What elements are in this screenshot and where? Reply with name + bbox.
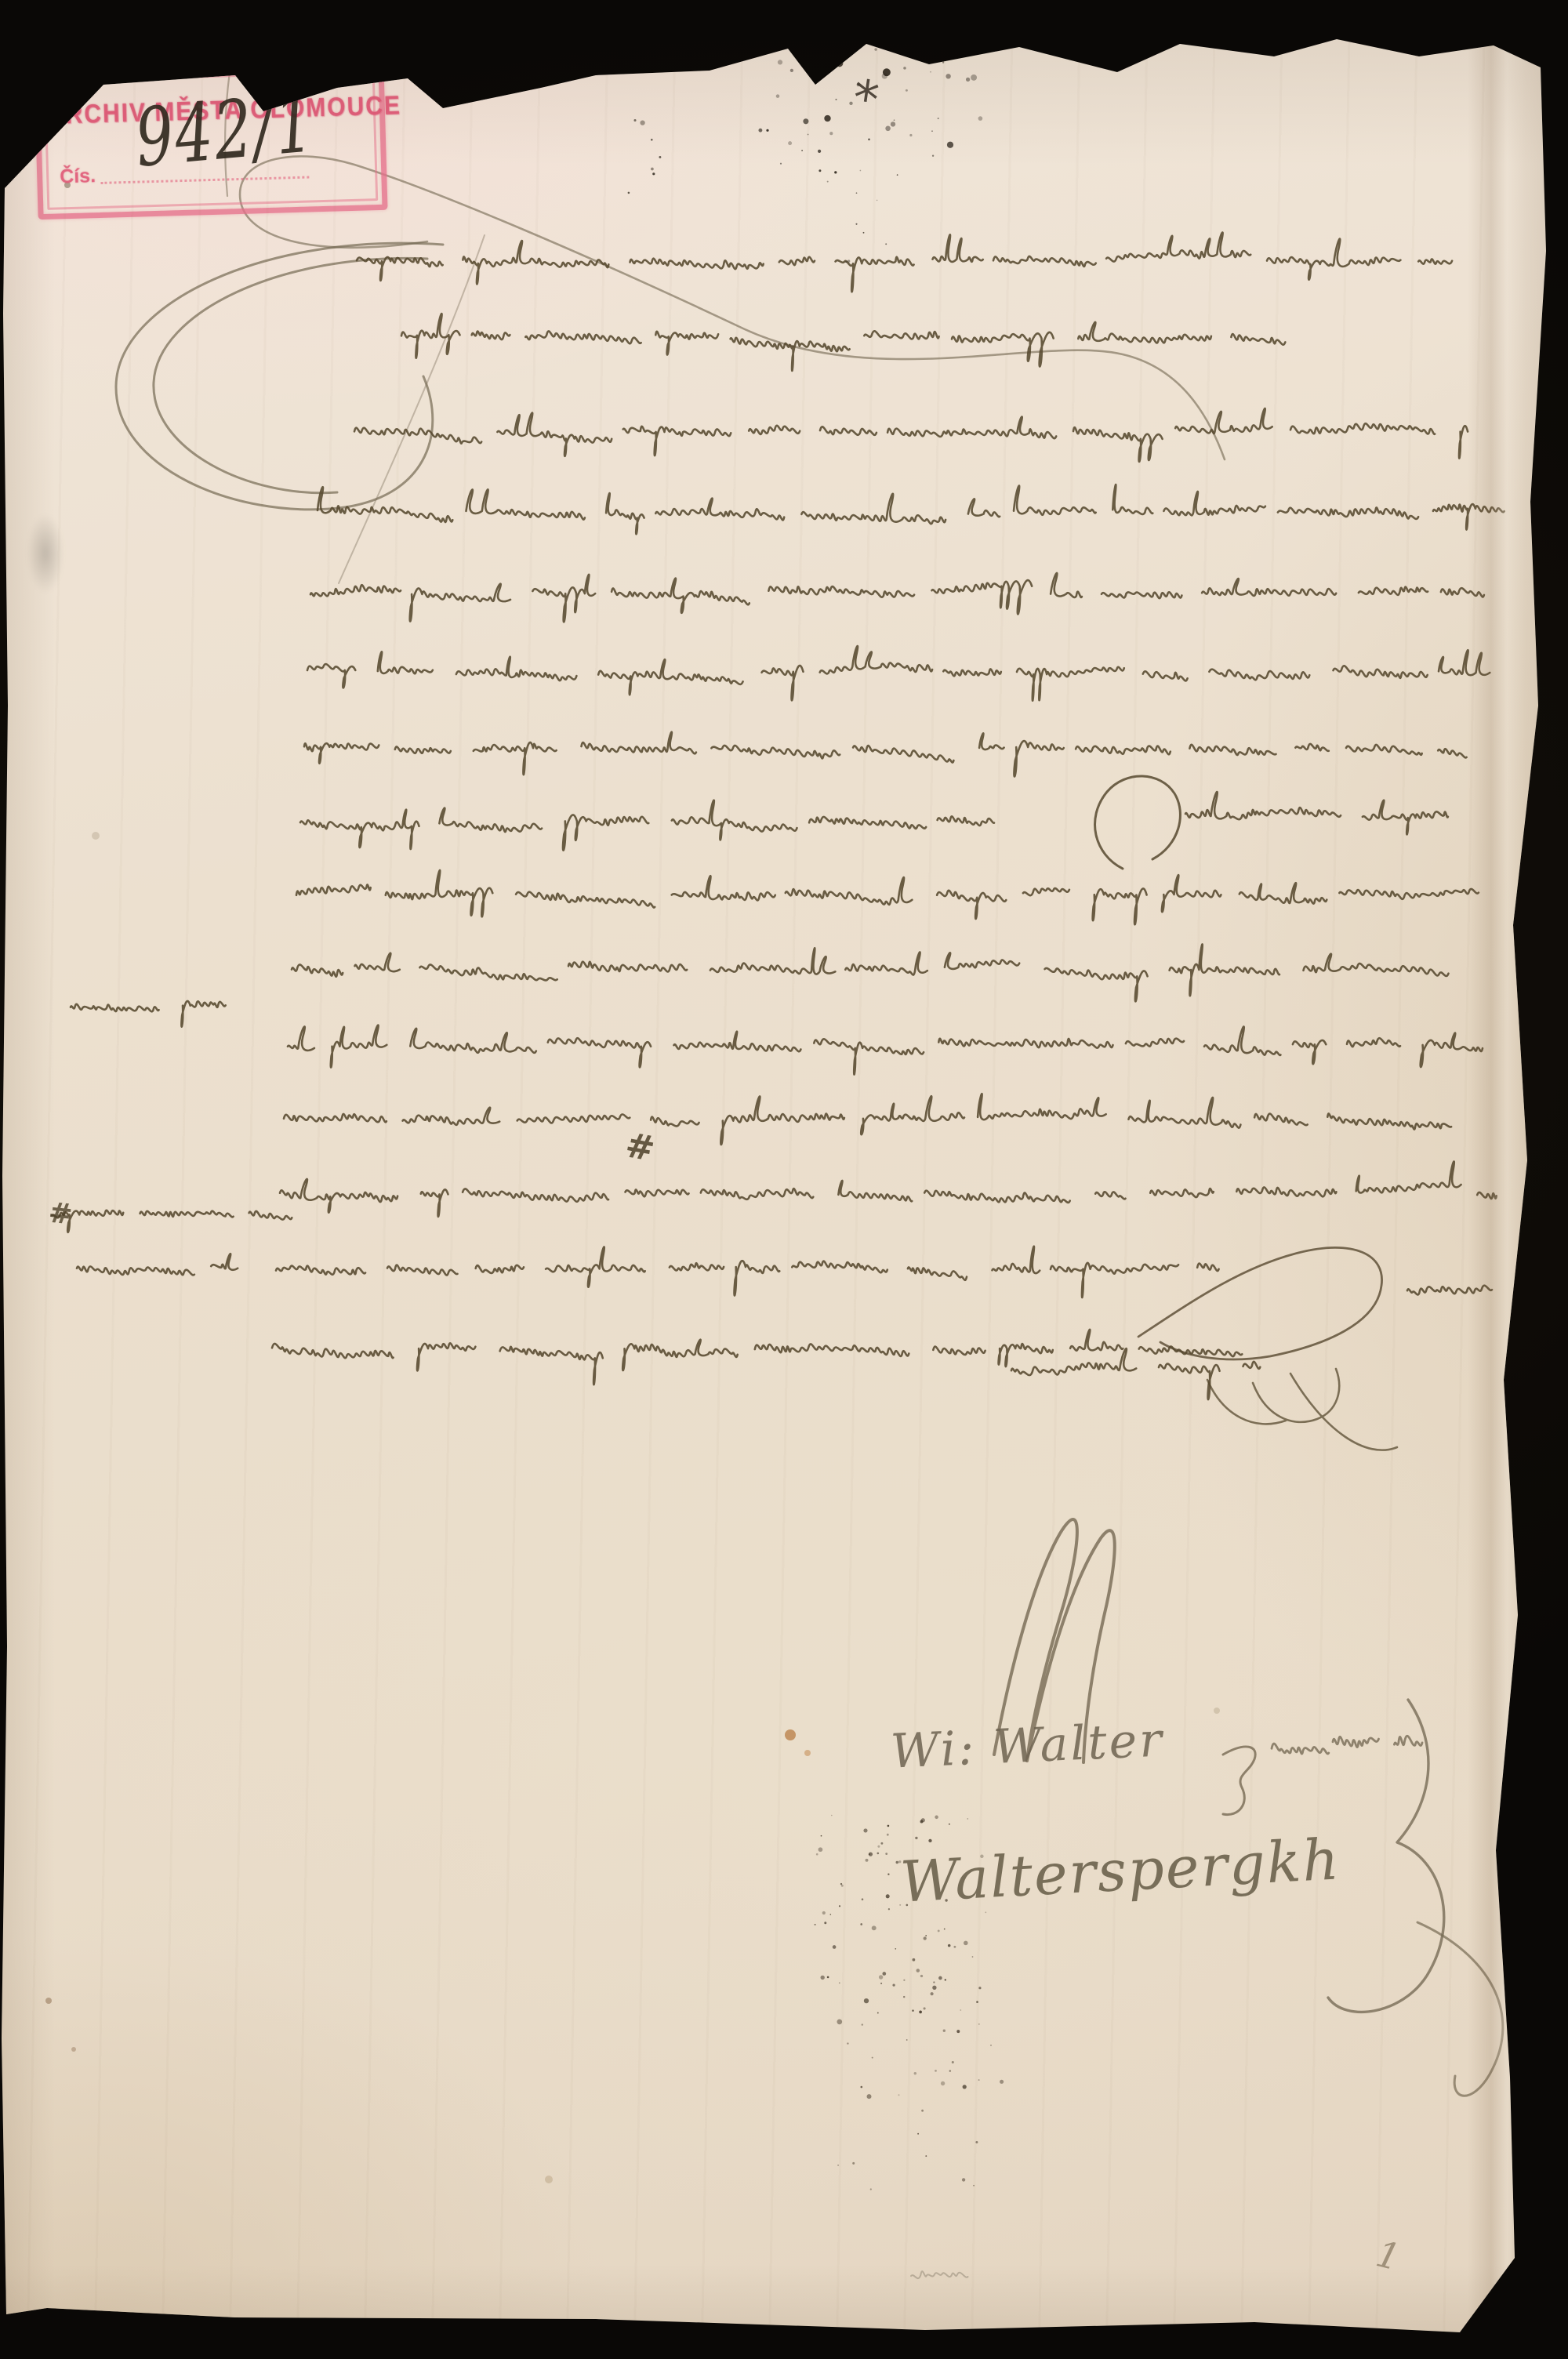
handwriting-line xyxy=(292,944,1448,1001)
line14-s-flourish xyxy=(1138,1247,1382,1359)
ink-blot xyxy=(978,1987,981,1989)
ink-blot xyxy=(834,171,837,173)
ink-blot xyxy=(778,60,782,64)
handwriting-line xyxy=(280,1161,1497,1216)
signature-zeta-mark xyxy=(1223,1747,1255,1815)
ink-blot xyxy=(829,1914,831,1915)
ink-blot xyxy=(924,2007,926,2009)
ink-blot xyxy=(952,2061,954,2063)
ink-blot xyxy=(913,1958,916,1962)
ink-blot xyxy=(947,142,953,148)
ink-blot xyxy=(841,39,846,44)
ink-blot xyxy=(801,150,803,151)
ink-blot xyxy=(892,1983,895,1986)
ink-blot xyxy=(887,1897,888,1899)
ink-blot xyxy=(971,74,977,81)
ink-blot xyxy=(903,1996,905,1998)
ink-blot xyxy=(963,2085,967,2089)
ink-blot xyxy=(866,1859,869,1862)
handwriting-line xyxy=(304,732,1467,777)
ink-blot xyxy=(920,1820,924,1824)
ink-blot xyxy=(860,170,862,172)
ink-blot xyxy=(896,1861,899,1864)
ink-blot xyxy=(833,1945,837,1949)
ink-blot xyxy=(978,116,983,121)
handwriting-line xyxy=(354,408,1468,462)
ink-blot xyxy=(885,1853,887,1855)
ink-blot xyxy=(933,1981,935,1983)
ink-blot xyxy=(938,118,939,119)
ink-blot xyxy=(941,2081,945,2085)
paper-stain xyxy=(1214,1708,1220,1714)
ink-blot xyxy=(818,1847,823,1852)
ink-blot xyxy=(824,1922,826,1924)
ink-blot xyxy=(948,1944,951,1947)
ink-blot xyxy=(944,1929,946,1930)
ink-blot xyxy=(927,34,931,38)
ink-blot xyxy=(877,1845,880,1848)
entry-swash-paragraph3 xyxy=(972,814,1113,851)
ink-blot xyxy=(953,1946,956,1948)
ink-blot xyxy=(895,1948,896,1950)
ink-blot xyxy=(891,122,895,126)
paper-stain xyxy=(71,2047,76,2052)
ink-blot xyxy=(931,130,933,132)
ink-blot xyxy=(815,1924,816,1925)
ink-blot xyxy=(962,2178,965,2181)
ink-blot xyxy=(836,60,843,67)
ink-blot xyxy=(841,1885,844,1887)
ink-blot xyxy=(912,2009,914,2012)
ink-blot xyxy=(903,67,906,70)
ink-blot xyxy=(659,156,661,158)
ink-blot xyxy=(877,1853,879,1855)
ink-blot xyxy=(835,99,837,100)
ink-blot xyxy=(914,2072,916,2074)
ink-blot xyxy=(816,1853,818,1856)
ink-blot xyxy=(915,1837,917,1839)
ink-blot xyxy=(883,68,891,76)
ink-blot xyxy=(758,129,762,132)
ink-blot xyxy=(803,118,808,124)
ink-blot xyxy=(928,1839,931,1842)
ink-blot xyxy=(848,259,850,262)
ink-blot xyxy=(790,69,793,72)
ink-blot xyxy=(930,71,931,73)
ink-blot xyxy=(946,74,950,78)
ink-blot xyxy=(906,89,908,92)
ink-blot xyxy=(839,1982,840,1983)
stamp-crossing-flourish xyxy=(240,156,1225,459)
ink-blot xyxy=(868,138,870,140)
ink-blot xyxy=(975,2141,978,2143)
ink-blot xyxy=(879,1975,883,1979)
initial-oval-flourish xyxy=(116,243,443,510)
photograph-background: { "stamp": { "title": "ARCHIV MĚSTA OLOM… xyxy=(0,0,1568,2359)
signature-right-flourish xyxy=(1328,1700,1444,2012)
ink-blot xyxy=(932,1986,936,1990)
ink-blot xyxy=(888,1908,890,1910)
document-paper: ARCHIV MĚSTA OLOMOUCE Čís. 942/1 * # # W… xyxy=(0,0,1568,2359)
ink-blot xyxy=(885,126,891,132)
ink-blot xyxy=(938,1929,940,1932)
ink-blot xyxy=(863,1828,867,1832)
ink-blot xyxy=(776,94,780,98)
ink-blot xyxy=(860,1923,862,1925)
handwriting-line xyxy=(300,800,994,851)
handwriting-line xyxy=(288,1025,1483,1075)
ink-blot xyxy=(880,1983,882,1984)
ink-blot xyxy=(917,2133,919,2135)
handwriting-line xyxy=(1011,1348,1260,1399)
handwriting-line xyxy=(401,314,1285,371)
ink-blot xyxy=(633,119,636,122)
ink-blot xyxy=(1000,2080,1004,2084)
ink-blot xyxy=(898,2094,899,2096)
ink-blot xyxy=(628,192,630,194)
ink-blot xyxy=(837,2020,842,2025)
ink-blot xyxy=(877,200,878,201)
ink-blot xyxy=(780,163,782,165)
ink-blot xyxy=(829,132,833,135)
ink-blot xyxy=(935,2070,937,2072)
handwriting-line xyxy=(911,2271,968,2278)
ink-blot xyxy=(766,129,768,132)
ink-blot xyxy=(973,2185,975,2187)
entry-swash-line3 xyxy=(249,411,350,448)
ink-blot xyxy=(867,2094,872,2099)
ink-blot xyxy=(919,2011,922,2014)
handwriting-line xyxy=(276,1247,1219,1297)
ink-blot xyxy=(847,2042,848,2044)
manuscript-ink-layer xyxy=(0,0,1568,2359)
ink-blot xyxy=(862,1898,864,1900)
ink-blot xyxy=(869,1853,870,1855)
ink-blot xyxy=(874,48,877,50)
ink-blot xyxy=(990,2045,992,2046)
paragraph3-o-flourish xyxy=(1095,776,1181,869)
paper-stain xyxy=(804,1750,811,1756)
handwriting-line xyxy=(71,1001,226,1027)
ink-blot xyxy=(855,223,857,225)
ink-blot xyxy=(887,1874,889,1875)
handwriting-line xyxy=(307,646,1490,701)
ink-blot xyxy=(916,1969,920,1972)
ink-blot xyxy=(978,2023,980,2025)
ink-blot xyxy=(894,119,895,121)
ink-blot xyxy=(928,41,931,43)
ink-blot xyxy=(897,174,898,176)
ink-blot xyxy=(807,36,810,39)
ink-blot xyxy=(880,1842,883,1845)
ink-blot xyxy=(827,181,829,183)
ink-blot xyxy=(964,1941,968,1946)
ink-blot xyxy=(945,1979,946,1980)
ink-blot xyxy=(925,1935,927,1936)
handwriting-line xyxy=(1185,792,1448,834)
ink-blot xyxy=(818,169,821,172)
ink-blot xyxy=(956,2030,960,2033)
handwriting-line xyxy=(1407,1286,1492,1295)
ink-blot xyxy=(887,1834,889,1836)
handwriting-line xyxy=(272,1330,1242,1385)
handwritten-archive-number: 942/1 xyxy=(132,77,318,185)
hash-annotation-margin: # xyxy=(47,1197,74,1232)
ink-blot xyxy=(872,2057,873,2059)
ink-blot xyxy=(852,2162,855,2165)
ink-blot xyxy=(943,2030,946,2032)
ink-blot xyxy=(818,150,821,153)
ink-blot xyxy=(831,1815,833,1816)
ink-blot xyxy=(827,1976,829,1979)
paper-stain xyxy=(92,832,100,840)
ink-blot xyxy=(837,2165,839,2166)
ink-blot xyxy=(862,2023,863,2025)
ink-blot xyxy=(821,1976,825,1980)
ink-blot xyxy=(808,134,809,136)
ink-blot xyxy=(856,192,858,194)
ink-blot xyxy=(824,115,830,122)
handwriting-line xyxy=(1272,1744,1329,1754)
ink-blot xyxy=(870,2188,872,2190)
ink-blot xyxy=(872,1925,877,1930)
ink-blot xyxy=(864,1998,869,2003)
ink-blot xyxy=(978,2079,980,2081)
handwriting-line xyxy=(1333,1736,1422,1747)
archive-stamp-number-label: Čís. xyxy=(60,165,96,188)
handwriting-line xyxy=(77,1254,238,1275)
ink-blot xyxy=(972,1956,974,1958)
ink-blot xyxy=(882,1972,886,1976)
ink-blot xyxy=(651,168,654,171)
handwriting-line xyxy=(318,485,1504,534)
ink-blot xyxy=(885,243,887,245)
ink-blot xyxy=(863,232,865,234)
ink-blot xyxy=(860,2086,862,2089)
handwriting-line xyxy=(284,1094,1451,1145)
ink-blot xyxy=(942,61,944,63)
handwriting-line xyxy=(357,232,1452,292)
ink-blot xyxy=(933,42,937,46)
ink-blot xyxy=(967,1818,968,1820)
ink-blot xyxy=(840,1883,842,1885)
ink-blot xyxy=(921,2110,924,2112)
ink-blot xyxy=(887,1825,890,1827)
ink-blot xyxy=(652,172,655,175)
ink-blot xyxy=(920,1975,923,1977)
ink-blot xyxy=(845,261,847,263)
ink-blot xyxy=(949,2070,951,2071)
ink-blot xyxy=(932,155,934,157)
paper-stain xyxy=(45,1998,52,2004)
ink-blot xyxy=(985,1911,986,1913)
ink-blot xyxy=(925,2155,927,2157)
ink-blot xyxy=(924,1936,927,1940)
faint-diagonal-stroke xyxy=(339,235,485,583)
ink-blot xyxy=(821,1835,822,1837)
handwriting-line xyxy=(310,573,1484,622)
ink-blot xyxy=(822,1911,826,1914)
ink-blot xyxy=(651,139,653,141)
paper-stain xyxy=(545,2176,553,2183)
ink-blot xyxy=(938,1976,942,1980)
ink-blot xyxy=(839,1905,840,1907)
ink-blot xyxy=(931,1992,934,1995)
ink-blot xyxy=(640,120,644,125)
ink-blot xyxy=(949,1824,950,1825)
dateline-loops xyxy=(1207,1369,1397,1450)
ink-blot xyxy=(976,2001,978,2003)
handwriting-line xyxy=(296,870,1479,924)
paper-stain xyxy=(785,1729,796,1740)
ink-blot xyxy=(906,2039,908,2041)
ink-blot xyxy=(909,134,912,136)
ink-blot xyxy=(960,2009,961,2011)
ink-blot xyxy=(935,1816,938,1820)
handwriting-line xyxy=(52,1210,292,1232)
ink-blot xyxy=(877,2012,879,2014)
signature-descender-tail xyxy=(1417,1922,1503,2096)
ink-blot xyxy=(788,141,792,145)
ink-blot xyxy=(966,78,970,82)
ink-blot xyxy=(903,1980,905,1981)
